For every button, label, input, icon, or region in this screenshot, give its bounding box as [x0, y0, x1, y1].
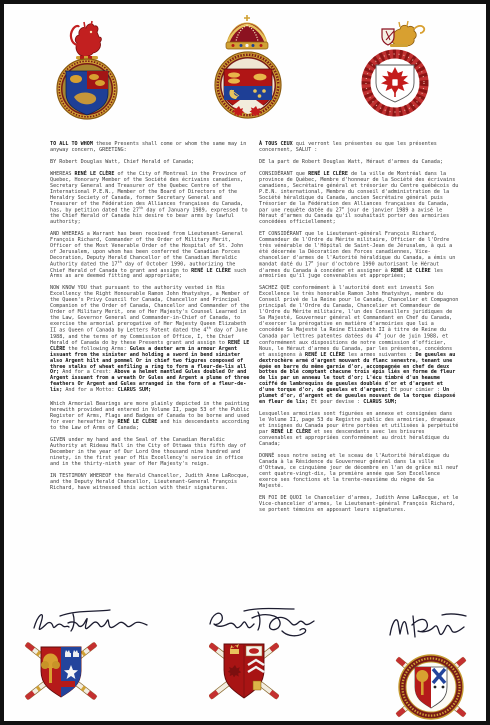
paragraph: Lesquelles armoiries sont figurées en an… — [259, 412, 461, 448]
watt-arms — [209, 639, 279, 705]
larocque-arms — [23, 641, 99, 703]
paragraph: ET CONSIDÉRANT que le Lieutenant-général… — [259, 232, 461, 280]
paragraph: Which Armorial Bearings are more plainly… — [50, 402, 252, 432]
paragraph: IN TESTIMONY WHEREOF the Herald Chancell… — [50, 474, 252, 492]
larocque-shield — [41, 647, 81, 697]
paragraph: NOW KNOW YOU that pursuant to the author… — [50, 286, 252, 394]
paragraph: WHEREAS RENÉ LE CLÈRE of the City of Mon… — [50, 172, 252, 226]
richard-badge — [391, 647, 471, 723]
paragraph: AND WHEREAS a Warrant has been received … — [50, 232, 252, 280]
paragraph: TO ALL TO WHOM these Presents shall come… — [50, 142, 252, 154]
paragraph: BY Robert Douglas Watt, Chief Herald of … — [50, 160, 252, 166]
watt-signature — [202, 601, 320, 643]
english-column: TO ALL TO WHOM these Presents shall come… — [50, 142, 252, 519]
document-body: TO ALL TO WHOM these Presents shall come… — [50, 142, 462, 519]
paragraph: DE la part de Robert Douglas Watt, Hérau… — [259, 160, 461, 166]
watt-shield — [224, 644, 264, 698]
canadian-heraldic-authority-badge — [356, 17, 434, 119]
paragraph: DONNÉ sous notre seing et le sceau de l'… — [259, 454, 461, 490]
paragraph: À TOUS CEUX qui verront les présentes ou… — [259, 142, 461, 154]
paragraph: CONSIDÉRANT que RENÉ LE CLÈRE de la vill… — [259, 172, 461, 226]
paragraph: EN FOI DE QUOI le Chancelier d'armes, Ju… — [259, 496, 461, 514]
paragraph: SACHEZ QUE conformément à l'autorité don… — [259, 286, 461, 406]
royal-arms-of-canada-badge — [207, 13, 289, 123]
grant-of-arms-document: TO ALL TO WHOM these Presents shall come… — [0, 0, 490, 725]
red-lion-crest-icon — [71, 21, 101, 56]
heraldry-society-badge — [54, 19, 120, 121]
richard-signature — [384, 607, 470, 645]
french-column: À TOUS CEUX qui verront les présentes ou… — [259, 142, 461, 519]
crown-icon — [226, 15, 268, 49]
larocque-signature — [28, 601, 156, 641]
gold-lion-crest-icon — [382, 21, 424, 47]
maple-leaf-shield — [371, 59, 419, 107]
paragraph: GIVEN under my hand and the Seal of the … — [50, 438, 252, 468]
